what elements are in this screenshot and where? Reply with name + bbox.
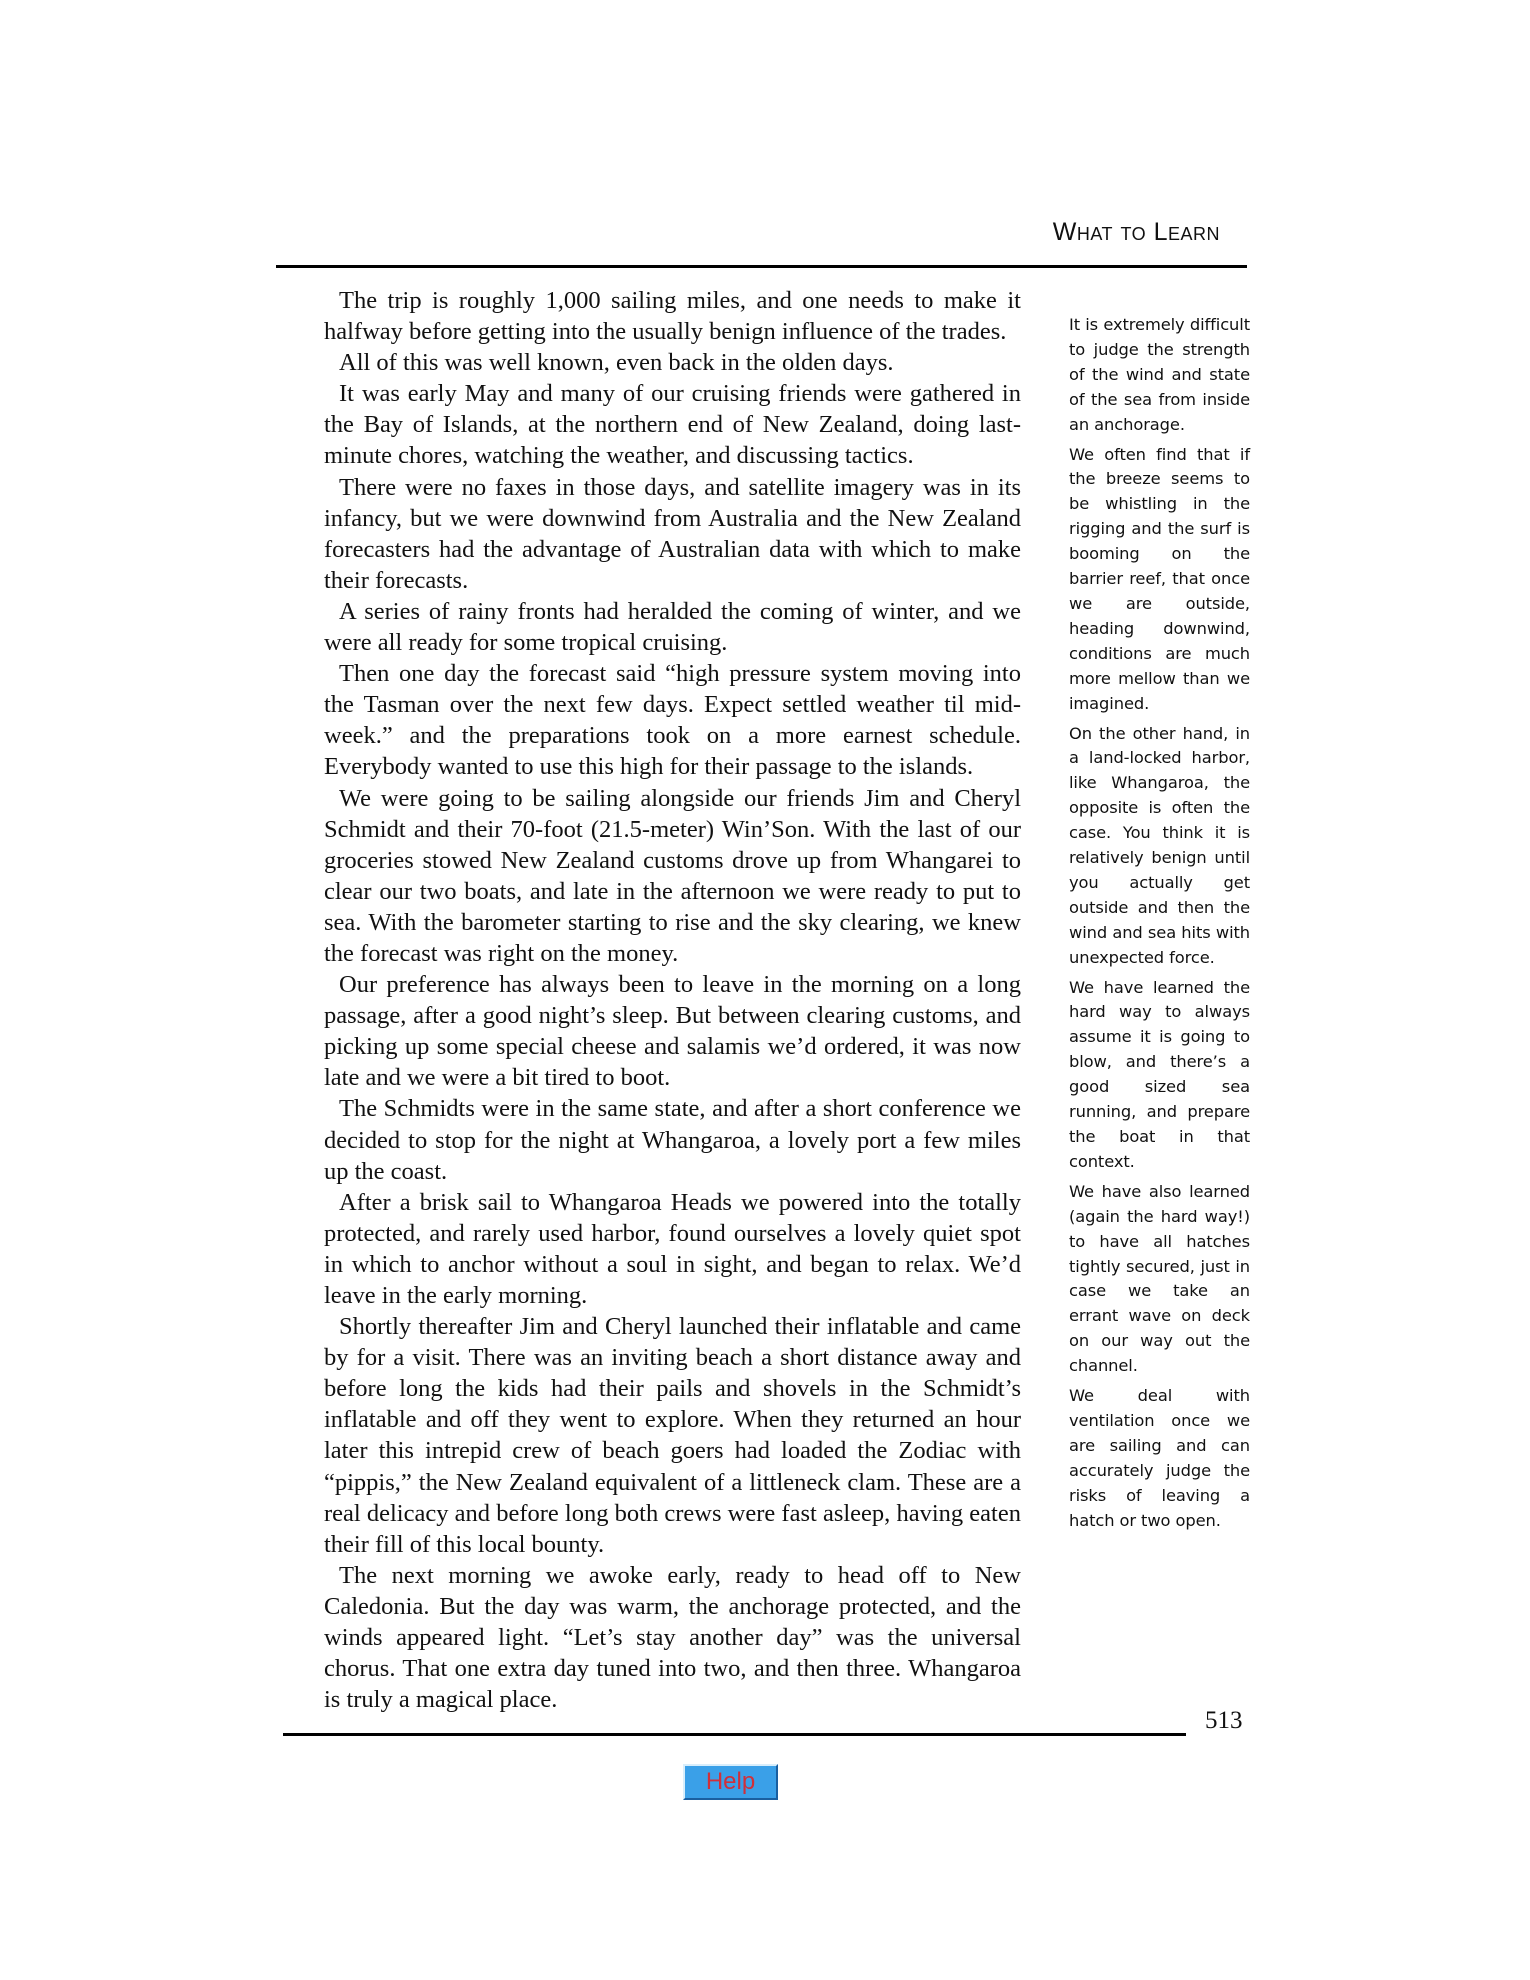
sidebar-notes: It is extremely difficult to judge the s… <box>1069 313 1250 1539</box>
sidebar-note: We often find that if the breeze seems t… <box>1069 443 1250 717</box>
running-head: What to Learn <box>900 218 1220 247</box>
sidebar-note: On the other hand, in a land-locked harb… <box>1069 722 1250 971</box>
body-paragraph: The next morning we awoke early, ready t… <box>324 1560 1021 1715</box>
body-paragraph: All of this was well known, even back in… <box>324 347 1021 378</box>
sidebar-note: We have learned the hard way to always a… <box>1069 976 1250 1175</box>
body-paragraph: There were no faxes in those days, and s… <box>324 472 1021 596</box>
body-paragraph: It was early May and many of our cruisin… <box>324 378 1021 471</box>
main-text-column: The trip is roughly 1,000 sailing miles,… <box>324 285 1021 1715</box>
body-paragraph: The Schmidts were in the same state, and… <box>324 1093 1021 1186</box>
running-head-text: What to Learn <box>1053 218 1220 246</box>
page-number: 513 <box>1205 1707 1243 1735</box>
footer-rule <box>283 1733 1186 1736</box>
body-paragraph: Shortly thereafter Jim and Cheryl launch… <box>324 1311 1021 1560</box>
header-rule <box>276 265 1247 268</box>
sidebar-note: It is extremely difficult to judge the s… <box>1069 313 1250 438</box>
sidebar-note: We have also learned (again the hard way… <box>1069 1180 1250 1379</box>
sidebar-note: We deal with ventilation once we are sai… <box>1069 1384 1250 1533</box>
body-paragraph: Then one day the forecast said “high pre… <box>324 658 1021 782</box>
body-paragraph: The trip is roughly 1,000 sailing miles,… <box>324 285 1021 347</box>
body-paragraph: We were going to be sailing alongside ou… <box>324 783 1021 970</box>
body-paragraph: Our preference has always been to leave … <box>324 969 1021 1093</box>
help-button[interactable]: Help <box>683 1764 778 1800</box>
body-paragraph: A series of rainy fronts had heralded th… <box>324 596 1021 658</box>
body-paragraph: After a brisk sail to Whangaroa Heads we… <box>324 1187 1021 1311</box>
